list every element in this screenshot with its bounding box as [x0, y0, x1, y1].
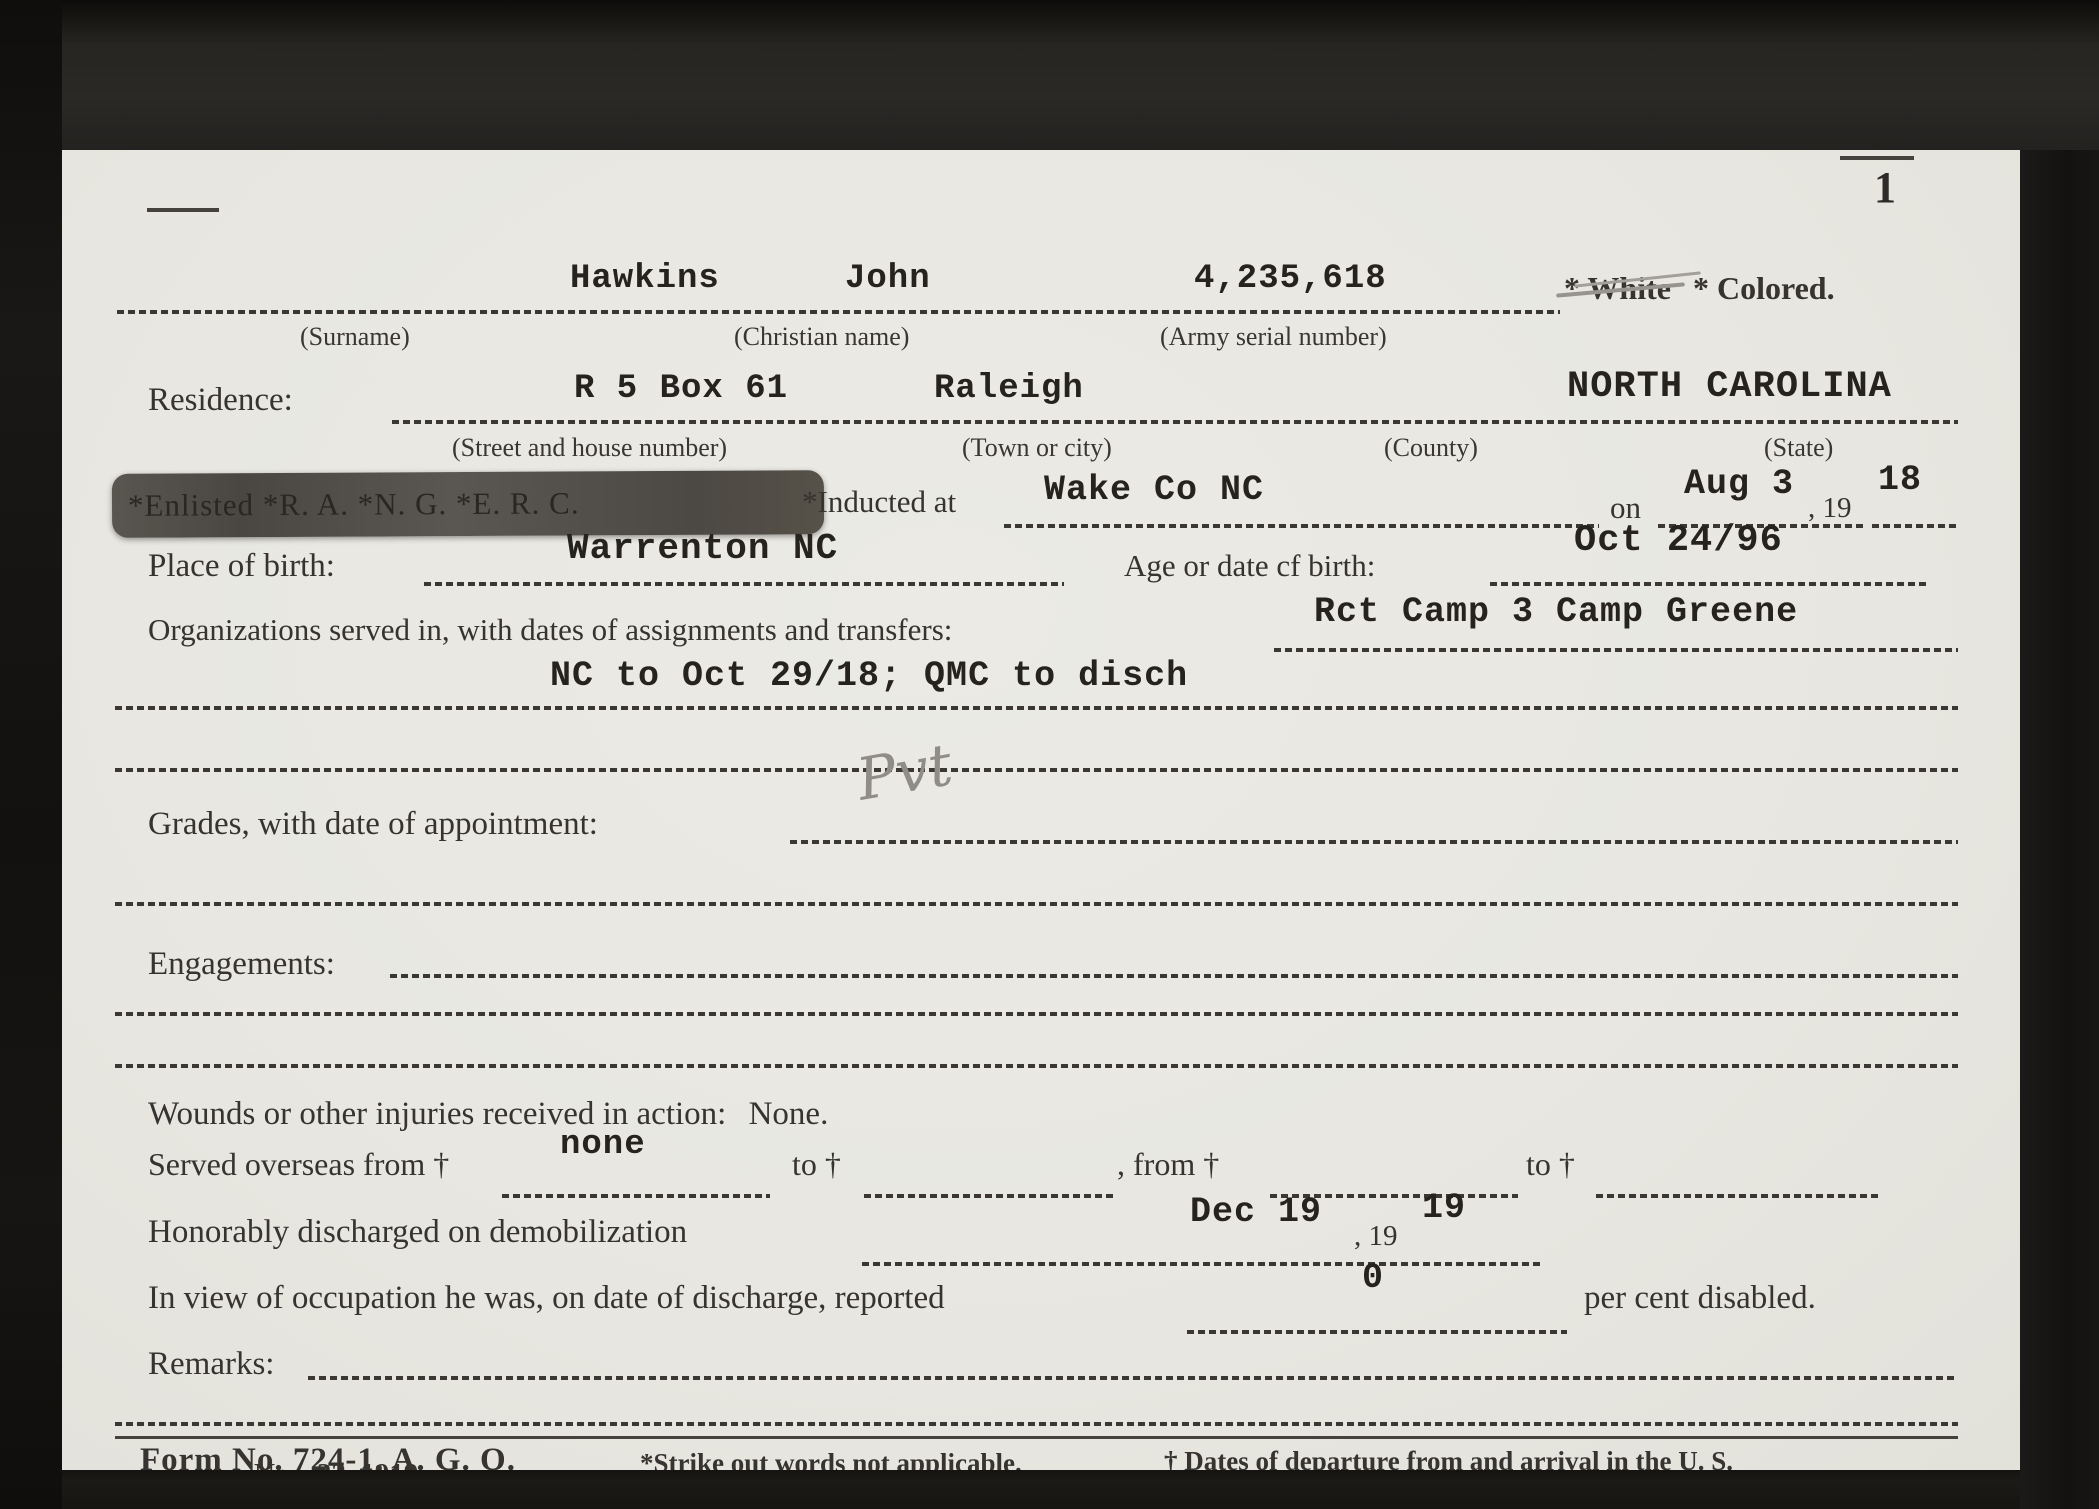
engagements-line	[390, 974, 1958, 978]
blank-line-2	[115, 902, 1958, 906]
place-of-birth-value: Warrenton NC	[567, 528, 838, 569]
inducted-at-label: *Inducted at	[802, 484, 956, 520]
overseas-to1-label: to †	[792, 1146, 841, 1183]
state-label: (State)	[1764, 433, 1833, 463]
race-colored: * Colored.	[1693, 270, 1835, 306]
age-value: Oct 24/96	[1574, 520, 1783, 562]
film-edge-right	[2020, 150, 2099, 1509]
army-serial-value: 4,235,618	[1194, 260, 1387, 298]
army-serial-label: (Army serial number)	[1160, 322, 1387, 352]
name-dotted-line	[117, 310, 1560, 314]
overseas-to2-label: to †	[1526, 1146, 1575, 1183]
induction-date-value: Aug 3	[1684, 464, 1794, 504]
page-number: 1	[1874, 162, 1896, 213]
overseas-line-a	[502, 1194, 770, 1198]
record-card: 1 Hawkins John 4,235,618 * White * Color…	[62, 150, 2020, 1470]
blank-line-3	[115, 1012, 1958, 1016]
inducted-place-value: Wake Co NC	[1044, 470, 1264, 510]
state-value: NORTH CAROLINA	[1567, 366, 1892, 408]
street-label: (Street and house number)	[452, 433, 727, 463]
town-value: Raleigh	[934, 370, 1084, 408]
age-line	[1490, 582, 1926, 586]
grades-label: Grades, with date of appointment:	[148, 806, 598, 843]
residence-label: Residence:	[148, 382, 293, 419]
discharge-year-value: 19	[1422, 1188, 1466, 1228]
overseas-line-b	[864, 1194, 1114, 1198]
disability-value: 0	[1362, 1258, 1384, 1298]
remarks-line	[308, 1376, 1958, 1380]
departure-dates-note: † Dates of departure from and arrival in…	[1164, 1446, 1733, 1470]
surname-label: (Surname)	[300, 322, 410, 352]
discharge-label: Honorably discharged on demobilization	[148, 1214, 687, 1251]
county-label: (County)	[1384, 433, 1478, 463]
grade-handwritten-value: Pvt	[852, 730, 957, 813]
induction-year-value: 18	[1878, 460, 1922, 500]
page-number-rule	[1840, 156, 1914, 160]
race-options: * White * Colored.	[1564, 270, 1835, 307]
overseas-line-d	[1596, 1194, 1882, 1198]
age-label: Age or date cf birth:	[1124, 548, 1375, 584]
engagements-label: Engagements:	[148, 946, 335, 983]
place-of-birth-label: Place of birth:	[148, 548, 335, 585]
form-date-clipped: Nov. 22, 1919	[254, 1458, 418, 1470]
blank-line-4	[115, 1064, 1958, 1068]
birth-place-line	[424, 582, 1064, 586]
blank-line-1	[115, 768, 1958, 772]
remarks-label: Remarks:	[148, 1346, 274, 1383]
wounds-row: Wounds or other injuries received in act…	[148, 1096, 828, 1133]
surname-value: Hawkins	[570, 260, 720, 298]
organizations-value-2: NC to Oct 29/18; QMC to disch	[550, 656, 1188, 696]
overseas-from2-label: , from †	[1117, 1146, 1219, 1183]
overseas-from1-label: Served overseas from †	[148, 1146, 449, 1183]
discharge-year-printed: , 19	[1354, 1220, 1398, 1253]
bottom-dotted-line	[115, 1422, 1958, 1426]
enlistment-options-text: *Enlisted *R. A. *N. G. *E. R. C.	[128, 485, 580, 523]
strike-out-note: *Strike out words not applicable.	[640, 1448, 1022, 1470]
film-edge-top	[62, 0, 2099, 150]
inducted-dotted-line	[1004, 524, 1599, 528]
bottom-solid-line	[115, 1436, 1958, 1439]
christian-name-value: John	[845, 260, 931, 298]
street-value: R 5 Box 61	[574, 370, 788, 408]
town-label: (Town or city)	[962, 433, 1112, 463]
wounds-value: None.	[749, 1096, 829, 1132]
discharge-date-value: Dec 19	[1190, 1192, 1322, 1232]
race-white-struck: * White	[1564, 270, 1671, 307]
induction-year-line	[1872, 524, 1958, 528]
overseas-from1-value: none	[560, 1126, 646, 1164]
disability-suffix: per cent disabled.	[1584, 1280, 1816, 1317]
disability-label: In view of occupation he was, on date of…	[148, 1280, 945, 1317]
corner-mark-left	[147, 208, 219, 212]
scanned-service-record: 1 Hawkins John 4,235,618 * White * Color…	[0, 0, 2099, 1509]
christian-name-label: (Christian name)	[734, 322, 909, 352]
film-edge-left	[0, 0, 62, 1509]
disability-line	[1187, 1330, 1567, 1334]
organizations-line-1	[1274, 648, 1958, 652]
organizations-value-1: Rct Camp 3 Camp Greene	[1314, 592, 1798, 632]
year-19-printed: , 19	[1808, 492, 1852, 525]
discharge-line	[862, 1262, 1542, 1266]
organizations-line-2	[115, 706, 1958, 710]
organizations-label: Organizations served in, with dates of a…	[148, 612, 952, 648]
residence-dotted-line	[392, 420, 1958, 424]
grades-line	[790, 840, 1958, 844]
